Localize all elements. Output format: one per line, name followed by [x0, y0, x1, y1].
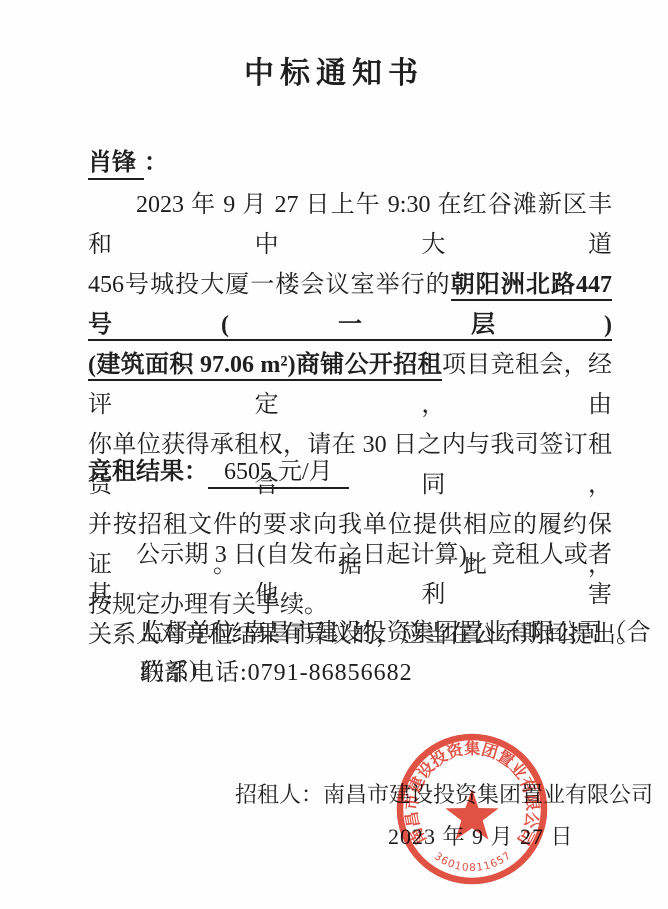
bid-result-label: 竞租结果： [88, 459, 208, 485]
publicity-line-1: 公示期 3 日(自发布之日起计算)。竞租人或者其他利害 [88, 535, 612, 615]
salutation-colon: ： [144, 150, 168, 176]
body-line-2-text: 456号城投大厦一楼会议室举行的 [88, 272, 451, 298]
official-seal: 南昌市建设投资集团置业有限公司 3601081165780 [387, 724, 557, 894]
document-page: 中标通知书 肖锋： 2023 年 9 月 27 日上午 9:30 在红谷滩新区丰… [0, 0, 668, 909]
bid-result-line: 竞租结果：6505 元/月 [88, 452, 349, 492]
salutation: 肖锋： [88, 142, 168, 177]
body-line-3: (建筑面积 97.06 m²)商铺公开招租项目竞租会，经评定，由 [88, 345, 612, 425]
seal-star-icon [445, 789, 498, 840]
bid-result-value: 6505 元/月 [208, 459, 349, 489]
property-area-emphasis: (建筑面积 97.06 m²)商铺公开招租 [88, 352, 442, 381]
body-line-1: 2023 年 9 月 27 日上午 9:30 在红谷滩新区丰和中大道 [88, 185, 612, 265]
recipient-name: 肖锋 [88, 150, 144, 180]
contact-phone-line: 联系电话:0791-86856682 [140, 653, 413, 693]
page-title: 中标通知书 [0, 48, 668, 92]
body-line-2: 456号城投大厦一楼会议室举行的朝阳洲北路447号(一层) [88, 265, 612, 345]
